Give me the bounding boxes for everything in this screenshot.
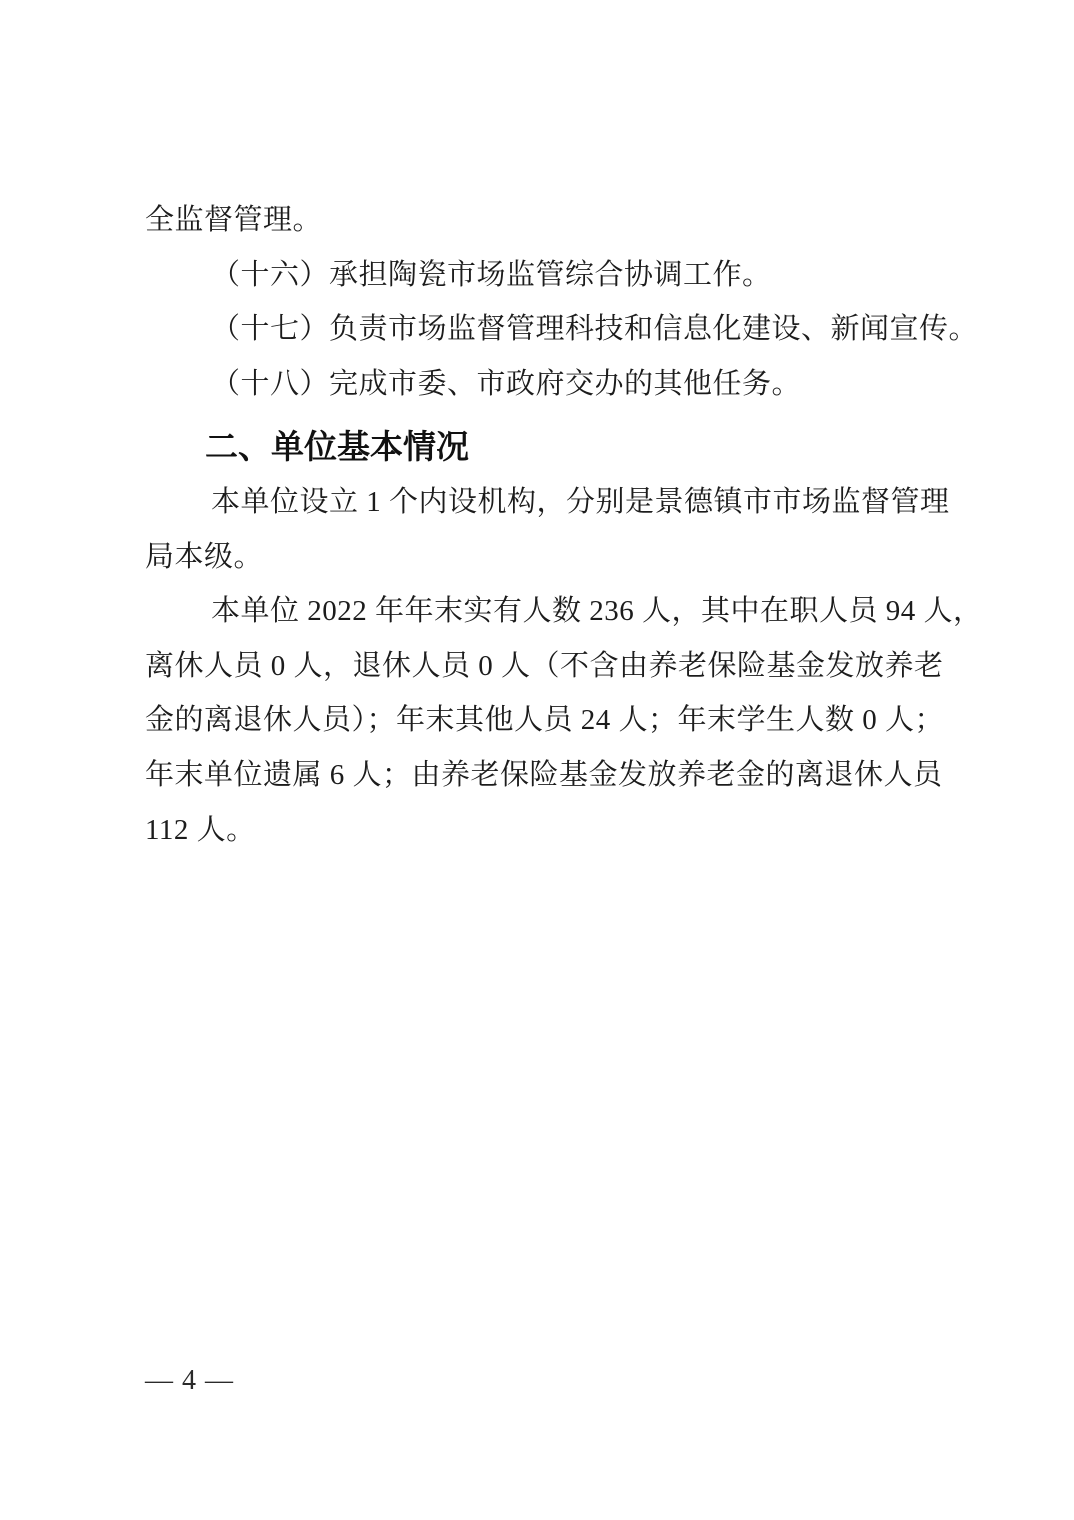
paragraph-internal-org-line-1: 本单位设立 1 个内设机构，分别是景德镇市市场监督管理 — [145, 475, 940, 530]
page-number: — 4 — — [145, 1366, 234, 1396]
paragraph-staffing-line-5: 112 人。 — [145, 803, 940, 858]
section-heading: 二、单位基本情况 — [145, 420, 940, 475]
document-text-block: 全监督管理。 （十六）承担陶瓷市场监管综合协调工作。 （十七）负责市场监督管理科… — [145, 193, 940, 857]
document-page: 全监督管理。 （十六）承担陶瓷市场监管综合协调工作。 （十七）负责市场监督管理科… — [0, 0, 1074, 1520]
paragraph-staffing-line-1: 本单位 2022 年年末实有人数 236 人，其中在职人员 94 人， — [145, 584, 940, 639]
paragraph-staffing-line-3: 金的离退休人员）；年末其他人员 24 人；年末学生人数 0 人； — [145, 693, 940, 748]
paragraph-staffing-line-4: 年末单位遗属 6 人；由养老保险基金发放养老金的离退休人员 — [145, 748, 940, 803]
paragraph-staffing-line-2: 离休人员 0 人，退休人员 0 人（不含由养老保险基金发放养老 — [145, 639, 940, 694]
paragraph-internal-org-line-2: 局本级。 — [145, 530, 940, 585]
numbered-item-18: （十八）完成市委、市政府交办的其他任务。 — [145, 357, 940, 412]
numbered-item-17: （十七）负责市场监督管理科技和信息化建设、新闻宣传。 — [145, 302, 940, 357]
continuation-line: 全监督管理。 — [145, 193, 940, 248]
numbered-item-16: （十六）承担陶瓷市场监管综合协调工作。 — [145, 248, 940, 303]
